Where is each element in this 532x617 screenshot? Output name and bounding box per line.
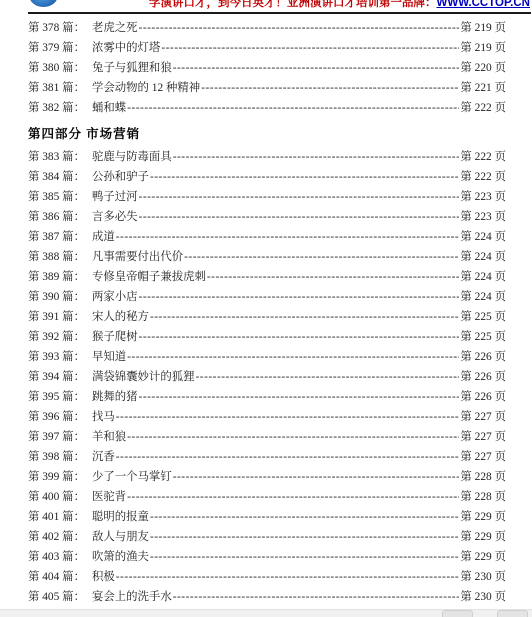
toc-row: 第 378 篇：老虎之死----------------------------…	[28, 18, 506, 38]
toc-entry-page: 第 219 页	[460, 18, 506, 38]
toc-entry-title: 鸭子过河	[92, 187, 138, 207]
toc-part2: 第 383 篇：驼鹿与防毒面具-------------------------…	[28, 147, 506, 607]
viewer-bottom-bar	[0, 609, 532, 617]
toc-leader-dashes: ----------------------------------------…	[139, 207, 460, 227]
viewer-button-left[interactable]	[442, 610, 473, 617]
toc-entry-page: 第 225 页	[460, 307, 506, 327]
toc-row: 第 384 篇：公孙和驴子---------------------------…	[28, 167, 506, 187]
toc-entry-number: 第 380 篇：	[28, 58, 85, 78]
toc-row: 第 381 篇：学会动物的 12 种精神--------------------…	[28, 78, 506, 98]
toc-entry-page: 第 224 页	[460, 227, 506, 247]
toc-entry-number: 第 391 篇：	[28, 307, 85, 327]
toc-entry-page: 第 230 页	[460, 567, 506, 587]
toc-entry-title: 驼鹿与防毒面具	[92, 147, 172, 167]
toc-entry-number: 第 379 篇：	[28, 38, 85, 58]
toc-entry-number: 第 397 篇：	[28, 427, 85, 447]
toc-row: 第 402 篇：敌人与朋友---------------------------…	[28, 527, 506, 547]
toc-leader-dashes: ----------------------------------------…	[161, 38, 459, 58]
toc-entry-page: 第 226 页	[460, 347, 506, 367]
toc-leader-dashes: ----------------------------------------…	[116, 447, 460, 467]
toc-entry-number: 第 401 篇：	[28, 507, 85, 527]
toc-entry-number: 第 386 篇：	[28, 207, 85, 227]
toc-entry-number: 第 389 篇：	[28, 267, 85, 287]
toc-entry-title: 聪明的报童	[92, 507, 149, 527]
toc-entry-title: 猴子爬树	[92, 327, 138, 347]
toc-entry-number: 第 404 篇：	[28, 567, 85, 587]
toc-entry-number: 第 396 篇：	[28, 407, 85, 427]
toc-leader-dashes: ----------------------------------------…	[173, 58, 460, 78]
toc-entry-page: 第 223 页	[460, 187, 506, 207]
toc-leader-dashes: ----------------------------------------…	[139, 327, 460, 347]
toc-row: 第 390 篇：两家小店----------------------------…	[28, 287, 506, 307]
toc-entry-number: 第 382 篇：	[28, 98, 85, 118]
toc-row: 第 389 篇：专修皇帝帽子兼拔虎刺----------------------…	[28, 267, 506, 287]
toc-row: 第 379 篇：浓雾中的灯塔--------------------------…	[28, 38, 506, 58]
toc-entry-number: 第 383 篇：	[28, 147, 85, 167]
toc-row: 第 383 篇：驼鹿与防毒面具-------------------------…	[28, 147, 506, 167]
toc-entry-page: 第 220 页	[460, 58, 506, 78]
toc-row: 第 387 篇：成道------------------------------…	[28, 227, 506, 247]
toc-entry-number: 第 381 篇：	[28, 78, 85, 98]
toc-leader-dashes: ----------------------------------------…	[127, 98, 459, 118]
toc-leader-dashes: ----------------------------------------…	[150, 307, 459, 327]
section-heading: 第四部分 市场营销	[28, 118, 506, 147]
toc-leader-dashes: ----------------------------------------…	[196, 367, 460, 387]
toc-row: 第 397 篇：羊和狼-----------------------------…	[28, 427, 506, 447]
toc-row: 第 405 篇：宴会上的洗手水-------------------------…	[28, 587, 506, 607]
toc-row: 第 404 篇：积极------------------------------…	[28, 567, 506, 587]
viewer-button-right[interactable]	[497, 610, 528, 617]
toc-entry-title: 专修皇帝帽子兼拔虎刺	[92, 267, 206, 287]
toc-entry-number: 第 393 篇：	[28, 347, 85, 367]
toc-leader-dashes: ----------------------------------------…	[150, 527, 459, 547]
toc-entry-page: 第 223 页	[460, 207, 506, 227]
toc-entry-title: 学会动物的 12 种精神	[92, 78, 200, 98]
toc-leader-dashes: ----------------------------------------…	[139, 187, 460, 207]
toc-entry-title: 吹箫的渔夫	[92, 547, 149, 567]
toc-entry-title: 积极	[92, 567, 115, 587]
toc-entry-title: 两家小店	[92, 287, 138, 307]
toc-entry-title: 兔子与狐狸和狼	[92, 58, 172, 78]
toc-row: 第 380 篇：兔子与狐狸和狼-------------------------…	[28, 58, 506, 78]
toc-entry-number: 第 402 篇：	[28, 527, 85, 547]
toc-row: 第 393 篇：早知道-----------------------------…	[28, 347, 506, 367]
toc-row: 第 382 篇：蛹和蝶-----------------------------…	[28, 98, 506, 118]
toc-entry-page: 第 224 页	[460, 247, 506, 267]
toc-part1: 第 378 篇：老虎之死----------------------------…	[28, 18, 506, 118]
toc-row: 第 392 篇：猴子爬树----------------------------…	[28, 327, 506, 347]
toc-entry-page: 第 227 页	[460, 447, 506, 467]
toc-entry-title: 成道	[92, 227, 115, 247]
toc-entry-title: 老虎之死	[92, 18, 138, 38]
header-tagline: 学演讲口才，到今日英才！亚洲演讲口才培训第一品牌：WWW.CCTOP.CN	[149, 0, 530, 10]
toc-entry-title: 公孙和驴子	[92, 167, 149, 187]
toc-entry-number: 第 394 篇：	[28, 367, 85, 387]
toc-entry-page: 第 221 页	[460, 78, 506, 98]
toc-leader-dashes: ----------------------------------------…	[150, 507, 459, 527]
toc-row: 第 388 篇：凡事需要付出代价------------------------…	[28, 247, 506, 267]
toc-leader-dashes: ----------------------------------------…	[201, 78, 459, 98]
toc-entry-page: 第 225 页	[460, 327, 506, 347]
toc-entry-number: 第 399 篇：	[28, 467, 85, 487]
toc-leader-dashes: ----------------------------------------…	[139, 18, 460, 38]
toc-entry-page: 第 222 页	[460, 147, 506, 167]
toc-row: 第 398 篇：沉香------------------------------…	[28, 447, 506, 467]
toc-entry-page: 第 229 页	[460, 547, 506, 567]
toc-leader-dashes: ----------------------------------------…	[116, 407, 460, 427]
toc-entry-title: 少了一个马掌钉	[92, 467, 172, 487]
tagline-text: 学演讲口才，到今日英才！亚洲演讲口才培训第一品牌：	[149, 0, 437, 9]
toc-entry-page: 第 224 页	[460, 287, 506, 307]
toc-row: 第 400 篇：医驼背-----------------------------…	[28, 487, 506, 507]
toc-leader-dashes: ----------------------------------------…	[207, 267, 460, 287]
toc-entry-title: 早知道	[92, 347, 126, 367]
toc-entry-title: 跳舞的猪	[92, 387, 138, 407]
toc-entry-title: 凡事需要付出代价	[92, 247, 183, 267]
toc-row: 第 385 篇：鸭子过河----------------------------…	[28, 187, 506, 207]
toc-entry-title: 蛹和蝶	[92, 98, 126, 118]
toc-entry-page: 第 222 页	[460, 98, 506, 118]
toc-leader-dashes: ----------------------------------------…	[127, 347, 459, 367]
toc-row: 第 399 篇：少了一个马掌钉-------------------------…	[28, 467, 506, 487]
toc-entry-page: 第 229 页	[460, 527, 506, 547]
toc-leader-dashes: ----------------------------------------…	[139, 387, 460, 407]
toc-leader-dashes: ----------------------------------------…	[150, 547, 459, 567]
toc-entry-title: 言多必失	[92, 207, 138, 227]
toc-entry-number: 第 395 篇：	[28, 387, 85, 407]
toc-leader-dashes: ----------------------------------------…	[173, 587, 460, 607]
table-of-contents: 第 378 篇：老虎之死----------------------------…	[28, 18, 506, 607]
toc-entry-page: 第 229 页	[460, 507, 506, 527]
toc-entry-page: 第 228 页	[460, 487, 506, 507]
toc-entry-number: 第 388 篇：	[28, 247, 85, 267]
toc-entry-title: 宋人的秘方	[92, 307, 149, 327]
page-header: 学演讲口才，到今日英才！亚洲演讲口才培训第一品牌：WWW.CCTOP.CN	[0, 0, 532, 16]
toc-entry-number: 第 400 篇：	[28, 487, 85, 507]
toc-entry-number: 第 405 篇：	[28, 587, 85, 607]
toc-entry-title: 浓雾中的灯塔	[92, 38, 160, 58]
toc-leader-dashes: ----------------------------------------…	[184, 247, 459, 267]
toc-leader-dashes: ----------------------------------------…	[127, 427, 459, 447]
toc-entry-title: 羊和狼	[92, 427, 126, 447]
cctop-link[interactable]: WWW.CCTOP.CN	[437, 0, 531, 9]
toc-leader-dashes: ----------------------------------------…	[116, 227, 460, 247]
toc-leader-dashes: ----------------------------------------…	[139, 287, 460, 307]
toc-entry-page: 第 226 页	[460, 387, 506, 407]
toc-row: 第 401 篇：聪明的报童---------------------------…	[28, 507, 506, 527]
toc-entry-number: 第 390 篇：	[28, 287, 85, 307]
toc-leader-dashes: ----------------------------------------…	[173, 147, 460, 167]
globe-logo-icon	[29, 0, 58, 7]
toc-entry-number: 第 378 篇：	[28, 18, 85, 38]
toc-row: 第 394 篇：满袋锦囊妙计的狐狸-----------------------…	[28, 367, 506, 387]
toc-row: 第 386 篇：言多必失----------------------------…	[28, 207, 506, 227]
toc-entry-title: 宴会上的洗手水	[92, 587, 172, 607]
toc-entry-page: 第 222 页	[460, 167, 506, 187]
toc-entry-title: 医驼背	[92, 487, 126, 507]
toc-entry-title: 满袋锦囊妙计的狐狸	[92, 367, 195, 387]
toc-leader-dashes: ----------------------------------------…	[150, 167, 459, 187]
toc-entry-page: 第 228 页	[460, 467, 506, 487]
toc-leader-dashes: ----------------------------------------…	[116, 567, 460, 587]
toc-entry-page: 第 227 页	[460, 407, 506, 427]
toc-entry-title: 找马	[92, 407, 115, 427]
toc-entry-number: 第 385 篇：	[28, 187, 85, 207]
toc-row: 第 391 篇：宋人的秘方---------------------------…	[28, 307, 506, 327]
toc-entry-page: 第 230 页	[460, 587, 506, 607]
toc-leader-dashes: ----------------------------------------…	[173, 467, 460, 487]
toc-row: 第 396 篇：找马------------------------------…	[28, 407, 506, 427]
toc-entry-page: 第 227 页	[460, 427, 506, 447]
toc-entry-page: 第 226 页	[460, 367, 506, 387]
toc-entry-title: 沉香	[92, 447, 115, 467]
toc-row: 第 403 篇：吹箫的渔夫---------------------------…	[28, 547, 506, 567]
toc-row: 第 395 篇：跳舞的猪----------------------------…	[28, 387, 506, 407]
header-divider	[28, 12, 531, 14]
toc-leader-dashes: ----------------------------------------…	[127, 487, 459, 507]
toc-entry-number: 第 403 篇：	[28, 547, 85, 567]
toc-entry-title: 敌人与朋友	[92, 527, 149, 547]
toc-entry-number: 第 387 篇：	[28, 227, 85, 247]
toc-entry-number: 第 398 篇：	[28, 447, 85, 467]
toc-entry-number: 第 384 篇：	[28, 167, 85, 187]
toc-entry-number: 第 392 篇：	[28, 327, 85, 347]
toc-entry-page: 第 219 页	[460, 38, 506, 58]
toc-entry-page: 第 224 页	[460, 267, 506, 287]
